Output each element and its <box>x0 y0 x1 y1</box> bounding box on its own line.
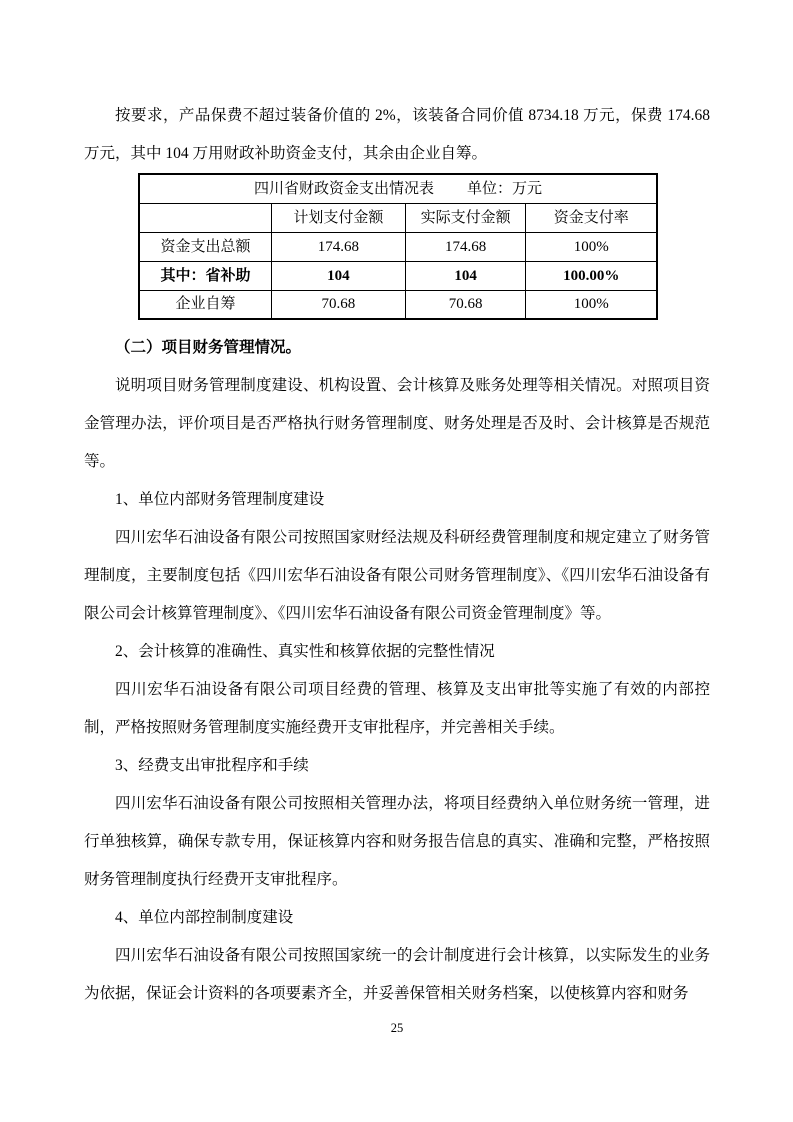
header-cell-planned: 计划支付金额 <box>272 203 406 232</box>
cell-planned: 70.68 <box>272 290 406 319</box>
row-label: 资金支出总额 <box>139 232 272 261</box>
table-title-row: 四川省财政资金支出情况表单位：万元 <box>139 174 657 203</box>
cell-rate: 100% <box>526 290 657 319</box>
table-row-self-funded: 企业自筹 70.68 70.68 100% <box>139 290 657 319</box>
cell-actual: 104 <box>405 261 526 290</box>
section-intro-paragraph: 说明项目财务管理制度建设、机构设置、会计核算及账务处理等相关情况。对照项目资金管… <box>84 367 710 481</box>
header-cell-rate: 资金支付率 <box>526 203 657 232</box>
cell-planned: 104 <box>272 261 406 290</box>
header-cell-actual: 实际支付金额 <box>405 203 526 232</box>
subsection-2-heading: 2、会计核算的准确性、真实性和核算依据的完整性情况 <box>84 633 710 671</box>
cell-planned: 174.68 <box>272 232 406 261</box>
subsection-1-paragraph: 四川宏华石油设备有限公司按照国家财经法规及科研经费管理制度和规定建立了财务管理制… <box>84 519 710 633</box>
section-heading: （二）项目财务管理情况。 <box>84 329 710 367</box>
row-label: 其中：省补助 <box>139 261 272 290</box>
cell-rate: 100% <box>526 232 657 261</box>
table-title-cell: 四川省财政资金支出情况表单位：万元 <box>139 174 657 203</box>
cell-rate: 100.00% <box>526 261 657 290</box>
subsection-4-paragraph: 四川宏华石油设备有限公司按照国家统一的会计制度进行会计核算，以实际发生的业务为依… <box>84 937 710 1013</box>
subsection-1-heading: 1、单位内部财务管理制度建设 <box>84 481 710 519</box>
header-cell-blank <box>139 203 272 232</box>
page-number: 25 <box>84 1020 710 1036</box>
row-label: 企业自筹 <box>139 290 272 319</box>
table-row-province-subsidy: 其中：省补助 104 104 100.00% <box>139 261 657 290</box>
table-title: 四川省财政资金支出情况表 <box>254 181 434 197</box>
subsection-2-paragraph: 四川宏华石油设备有限公司项目经费的管理、核算及支出审批等实施了有效的内部控制，严… <box>84 671 710 747</box>
document-page: 按要求，产品保费不超过装备价值的 2%，该装备合同价值 8734.18 万元，保… <box>0 0 793 1122</box>
intro-paragraph: 按要求，产品保费不超过装备价值的 2%，该装备合同价值 8734.18 万元，保… <box>84 97 710 173</box>
table-unit-label: 单位：万元 <box>467 181 542 197</box>
subsection-4-heading: 4、单位内部控制制度建设 <box>84 899 710 937</box>
cell-actual: 70.68 <box>405 290 526 319</box>
funding-expenditure-table: 四川省财政资金支出情况表单位：万元 计划支付金额 实际支付金额 资金支付率 资金… <box>138 173 658 320</box>
table-row-total: 资金支出总额 174.68 174.68 100% <box>139 232 657 261</box>
subsection-3-paragraph: 四川宏华石油设备有限公司按照相关管理办法，将项目经费纳入单位财务统一管理，进行单… <box>84 785 710 899</box>
subsection-3-heading: 3、经费支出审批程序和手续 <box>84 747 710 785</box>
table-header-row: 计划支付金额 实际支付金额 资金支付率 <box>139 203 657 232</box>
cell-actual: 174.68 <box>405 232 526 261</box>
